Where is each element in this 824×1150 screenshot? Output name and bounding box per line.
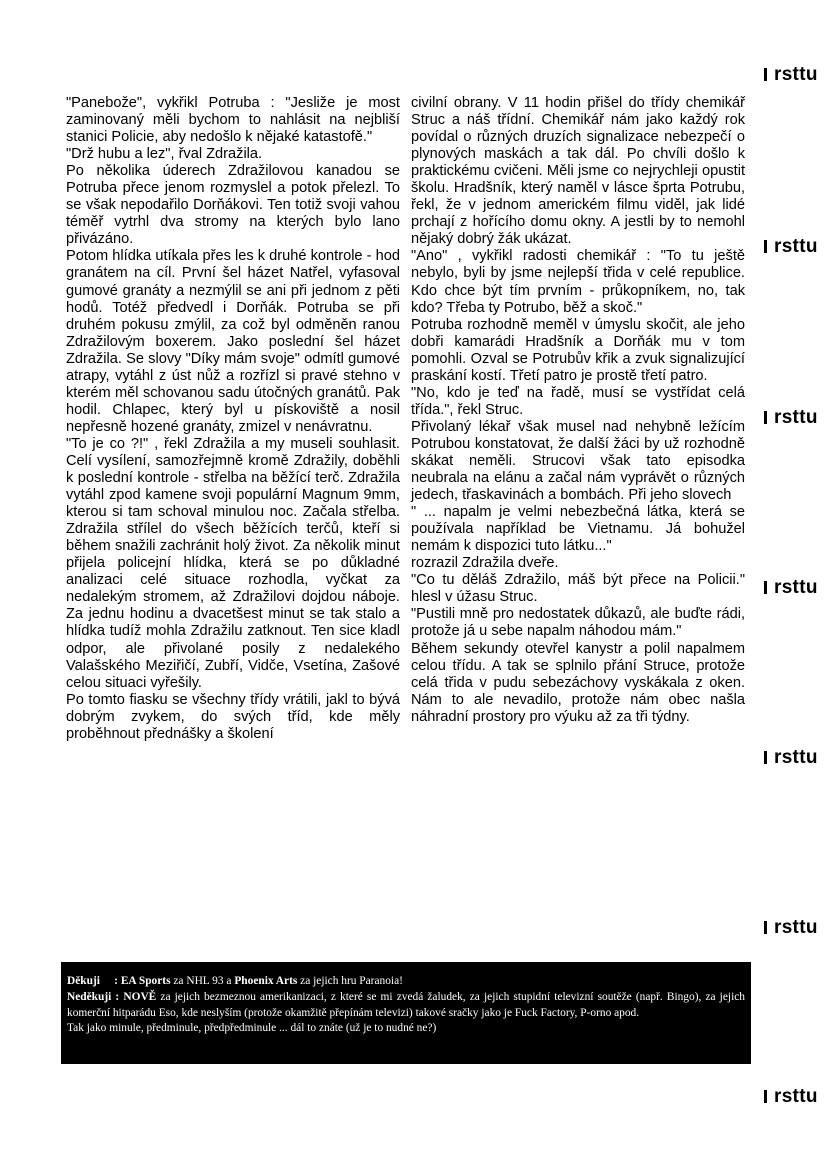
mark-bar-icon xyxy=(764,240,767,253)
right-column: civilní obrany. V 11 hodin přišel do tří… xyxy=(411,95,745,726)
mark-bar-icon xyxy=(764,68,767,81)
paragraph: rozrazil Zdražila dveře. xyxy=(411,555,745,572)
paragraph: "Drž hubu a lez", řval Zdražila. xyxy=(66,146,400,163)
margin-mark: rsttu xyxy=(764,918,818,938)
margin-mark: rsttu xyxy=(764,578,818,598)
mark-bar-icon xyxy=(764,1090,767,1103)
paragraph: Po několika úderech Zdražilovou kanadou … xyxy=(66,163,400,248)
mark-text: rsttu xyxy=(774,64,818,85)
thanks-label: Děkuji xyxy=(67,975,100,987)
margin-mark: rsttu xyxy=(764,1087,818,1107)
left-column: "Panebože", vykřikl Potruba : "Jesliže j… xyxy=(66,95,400,743)
closing-line: Tak jako minule, předminule, předpředmin… xyxy=(67,1021,745,1037)
mark-text: rsttu xyxy=(774,1086,818,1107)
mark-text: rsttu xyxy=(774,917,818,938)
paragraph: "To je co ?!" , řekl Zdražila a my musel… xyxy=(66,436,400,692)
no-thanks-target: NOVĚ xyxy=(123,991,156,1003)
paragraph: "Ano" , vykřikl radosti chemikář : "To t… xyxy=(411,248,745,316)
mark-bar-icon xyxy=(764,581,767,594)
no-thanks-line: Neděkuji : NOVĚ za jejich bezmeznou amer… xyxy=(67,990,745,1022)
paragraph: Potruba rozhodně meměl v úmyslu skočit, … xyxy=(411,317,745,385)
paragraph: "Co tu děláš Zdražilo, máš být přece na … xyxy=(411,572,745,606)
margin-mark: rsttu xyxy=(764,408,818,428)
margin-mark: rsttu xyxy=(764,748,818,768)
margin-mark: rsttu xyxy=(764,65,818,85)
mark-bar-icon xyxy=(764,921,767,934)
acknowledgements-box: Děkuji : EA Sports za NHL 93 a Phoenix A… xyxy=(61,962,751,1064)
paragraph: Během sekundy otevřel kanystr a polil na… xyxy=(411,641,745,726)
no-thanks-label: Neděkuji xyxy=(67,991,111,1003)
paragraph: "No, kdo je teď na řadě, musí se vystříd… xyxy=(411,385,745,419)
paragraph: " ... napalm je velmi nebezbečná látka, … xyxy=(411,504,745,555)
paragraph: Přivolaný lékař však musel nad nehybně l… xyxy=(411,419,745,504)
sponsor-ea-sports: EA Sports xyxy=(121,975,171,987)
paragraph: Potom hlídka utíkala přes les k druhé ko… xyxy=(66,248,400,436)
mark-text: rsttu xyxy=(774,747,818,768)
mark-bar-icon xyxy=(764,751,767,764)
sponsor-phoenix-arts: Phoenix Arts xyxy=(234,975,297,987)
mark-bar-icon xyxy=(764,411,767,424)
paragraph: Po tomto fiasku se všechny třídy vrátili… xyxy=(66,692,400,743)
paragraph: civilní obrany. V 11 hodin přišel do tří… xyxy=(411,95,745,248)
paragraph: "Panebože", vykřikl Potruba : "Jesliže j… xyxy=(66,95,400,146)
mark-text: rsttu xyxy=(774,236,818,257)
paragraph: "Pustili mně pro nedostatek důkazů, ale … xyxy=(411,606,745,640)
mark-text: rsttu xyxy=(774,577,818,598)
mark-text: rsttu xyxy=(774,407,818,428)
thanks-line: Děkuji : EA Sports za NHL 93 a Phoenix A… xyxy=(67,974,745,990)
margin-mark: rsttu xyxy=(764,237,818,257)
